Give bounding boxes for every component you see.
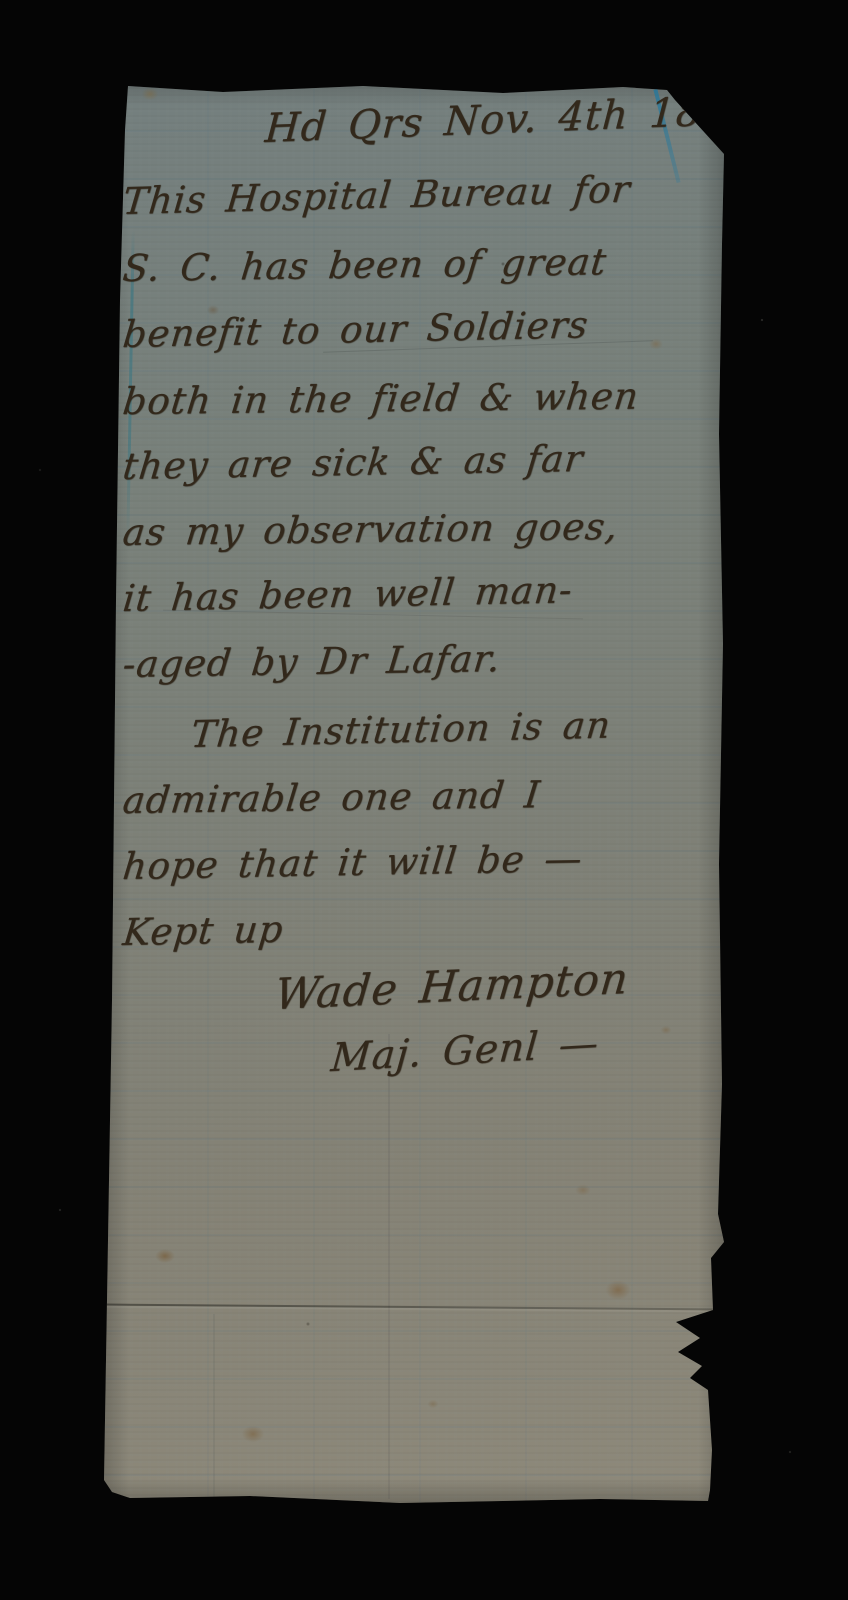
letter-line: they are sick & as far xyxy=(121,437,586,488)
letter-line: The Institution is an xyxy=(189,703,613,756)
letter-line: both in the field & when xyxy=(121,375,642,423)
letter-line: hope that it will be — xyxy=(121,837,585,888)
vertical-crease xyxy=(388,1034,390,1499)
photo-background: Hd Qrs Nov. 4th 1864 This Hospital Burea… xyxy=(0,0,848,1600)
letter-line: -aged by Dr Lafar. xyxy=(121,637,503,686)
letter-paper: Hd Qrs Nov. 4th 1864 This Hospital Burea… xyxy=(103,84,728,1505)
signature-name: Wade Hampton xyxy=(273,954,631,1020)
letter-line: S. C. has been of great xyxy=(121,240,609,290)
letter-line: benefit to our Soldiers xyxy=(121,303,591,356)
letter-line: as my observation goes, xyxy=(121,505,621,554)
date-heading: Hd Qrs Nov. 4th 1864 xyxy=(263,87,756,152)
vertical-crease xyxy=(213,1314,215,1499)
letter-line: it has been well man- xyxy=(121,568,575,620)
signature-rank: Maj. Genl — xyxy=(329,1021,601,1081)
letter-line: This Hospital Bureau for xyxy=(121,168,633,224)
horizontal-fold-crease xyxy=(103,1304,728,1311)
letter-line: admirable one and I xyxy=(121,773,543,822)
letter-line: Kept up xyxy=(121,908,286,954)
